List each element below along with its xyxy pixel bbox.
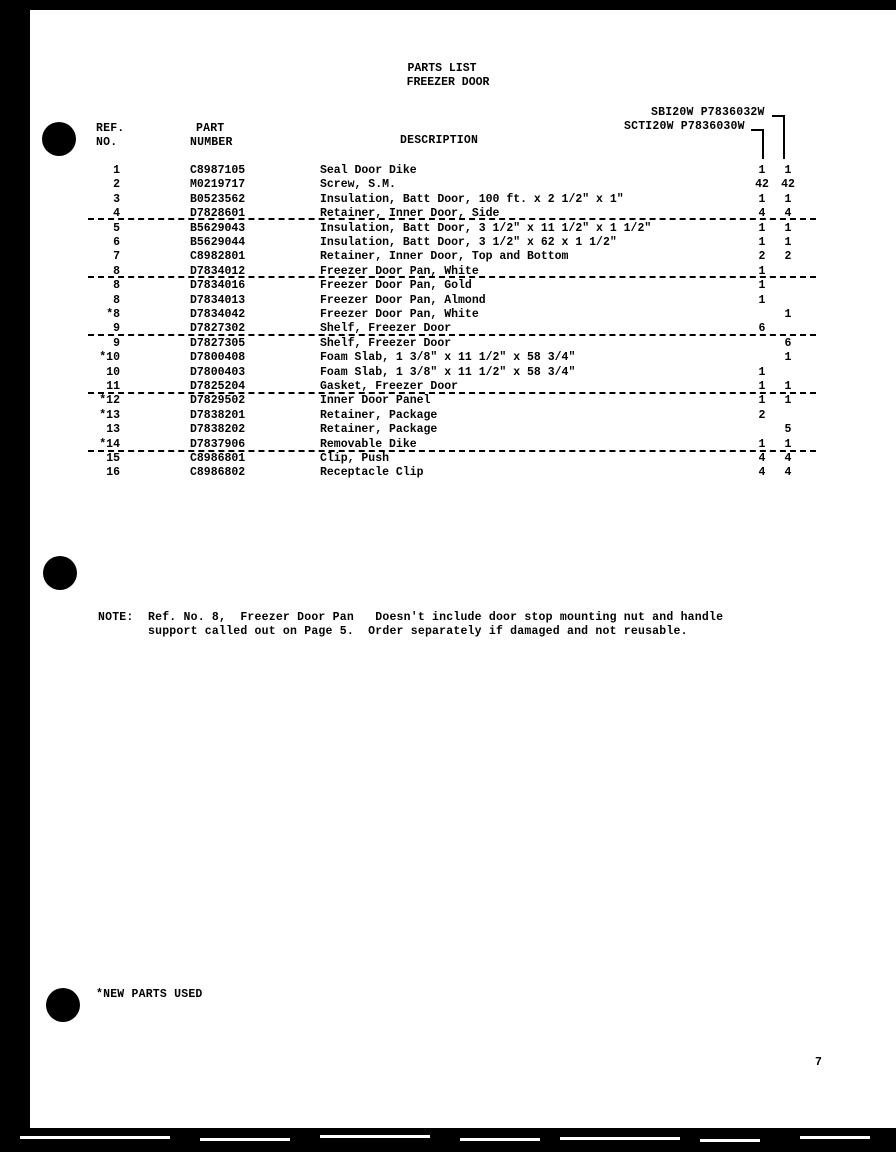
- table-row: 9 D7827305 Shelf, Freezer Door 6: [0, 337, 896, 351]
- group-divider: [88, 450, 816, 452]
- part-number: D7800408: [190, 351, 245, 365]
- description: Screw, S.M.: [320, 178, 396, 192]
- scan-bottom-border: [0, 1128, 896, 1152]
- part-number: D7838201: [190, 409, 245, 423]
- table-row: 16 C8986802 Receptacle Clip 4 4: [0, 466, 896, 480]
- ref-no: 10: [86, 366, 120, 380]
- description: Insulation, Batt Door, 3 1/2" x 11 1/2" …: [320, 222, 651, 236]
- ref-no: 3: [86, 193, 120, 207]
- description: Insulation, Batt Door, 100 ft. x 2 1/2" …: [320, 193, 624, 207]
- header-ref-line2: NO.: [96, 136, 117, 150]
- qty-sbi20w: 4: [778, 452, 798, 466]
- part-number: D7834016: [190, 279, 245, 293]
- part-number: B5629043: [190, 222, 245, 236]
- qty-scti20w: 2: [752, 250, 772, 264]
- table-row: 15 C8986801 Clip, Push 4 4: [0, 452, 896, 466]
- ref-no: 15: [86, 452, 120, 466]
- group-divider: [88, 218, 816, 220]
- model-label-top: SBI20W P7836032W: [651, 106, 765, 120]
- qty-scti20w: 42: [752, 178, 772, 192]
- part-number: D7827305: [190, 337, 245, 351]
- qty-sbi20w: 1: [778, 164, 798, 178]
- model-label-bottom: SCTI20W P7836030W: [624, 120, 745, 134]
- table-row: 10 D7800403 Foam Slab, 1 3/8" x 11 1/2" …: [0, 366, 896, 380]
- qty-sbi20w: 4: [778, 466, 798, 480]
- part-number: D7829502: [190, 394, 245, 408]
- group-divider: [88, 276, 816, 278]
- ref-no: 1: [86, 164, 120, 178]
- note-label: NOTE:: [98, 611, 134, 625]
- group-divider: [88, 392, 816, 394]
- qty-scti20w: 1: [752, 279, 772, 293]
- qty-sbi20w: 42: [778, 178, 798, 192]
- description: Receptacle Clip: [320, 466, 424, 480]
- qty-scti20w: 1: [752, 164, 772, 178]
- document-subtitle: FREEZER DOOR: [0, 76, 896, 90]
- document-title: PARTS LIST: [0, 62, 890, 76]
- qty-scti20w: 1: [752, 222, 772, 236]
- header-part-line2: NUMBER: [190, 136, 233, 150]
- model-top-leader-vertical: [783, 115, 785, 159]
- qty-sbi20w: 6: [778, 337, 798, 351]
- note-line-2: support called out on Page 5. Order sepa…: [148, 625, 688, 639]
- qty-sbi20w: 1: [778, 236, 798, 250]
- description: Inner Door Panel: [320, 394, 430, 408]
- qty-scti20w: 1: [752, 193, 772, 207]
- header-part-line1: PART: [196, 122, 224, 136]
- qty-scti20w: 2: [752, 409, 772, 423]
- part-number: C8986801: [190, 452, 245, 466]
- ref-no: *12: [86, 394, 120, 408]
- ref-no: 6: [86, 236, 120, 250]
- part-number: D7834042: [190, 308, 245, 322]
- qty-scti20w: 1: [752, 394, 772, 408]
- table-row: 8 D7834013 Freezer Door Pan, Almond 1: [0, 294, 896, 308]
- ref-no: 7: [86, 250, 120, 264]
- description: Retainer, Package: [320, 409, 437, 423]
- qty-sbi20w: 5: [778, 423, 798, 437]
- description: Insulation, Batt Door, 3 1/2" x 62 x 1 1…: [320, 236, 617, 250]
- part-number: D7800403: [190, 366, 245, 380]
- ref-no: 13: [86, 423, 120, 437]
- table-row: *8 D7834042 Freezer Door Pan, White 1: [0, 308, 896, 322]
- qty-sbi20w: 1: [778, 351, 798, 365]
- ref-no: 8: [86, 294, 120, 308]
- qty-sbi20w: 1: [778, 222, 798, 236]
- ref-no: *10: [86, 351, 120, 365]
- note-line-1: Ref. No. 8, Freezer Door Pan Doesn't inc…: [148, 611, 723, 625]
- part-number: D7838202: [190, 423, 245, 437]
- table-row: 6 B5629044 Insulation, Batt Door, 3 1/2"…: [0, 236, 896, 250]
- page-number: 7: [815, 1056, 822, 1070]
- description: Freezer Door Pan, Almond: [320, 294, 486, 308]
- ref-no: 2: [86, 178, 120, 192]
- ref-no: *8: [86, 308, 120, 322]
- header-description: DESCRIPTION: [400, 134, 478, 148]
- description: Foam Slab, 1 3/8" x 11 1/2" x 58 3/4": [320, 351, 575, 365]
- qty-scti20w: 1: [752, 236, 772, 250]
- part-number: D7834013: [190, 294, 245, 308]
- table-row: 2 M0219717 Screw, S.M. 42 42: [0, 178, 896, 192]
- ref-no: 8: [86, 279, 120, 293]
- table-row: *13 D7838201 Retainer, Package 2: [0, 409, 896, 423]
- qty-scti20w: 4: [752, 466, 772, 480]
- part-number: C8982801: [190, 250, 245, 264]
- table-row: 7 C8982801 Retainer, Inner Door, Top and…: [0, 250, 896, 264]
- description: Foam Slab, 1 3/8" x 11 1/2" x 58 3/4": [320, 366, 575, 380]
- part-number: M0219717: [190, 178, 245, 192]
- table-row: *10 D7800408 Foam Slab, 1 3/8" x 11 1/2"…: [0, 351, 896, 365]
- ref-no: 16: [86, 466, 120, 480]
- qty-sbi20w: 1: [778, 308, 798, 322]
- ref-no: 5: [86, 222, 120, 236]
- description: Retainer, Package: [320, 423, 437, 437]
- punch-hole-top: [42, 122, 76, 156]
- table-row: 1 C8987105 Seal Door Dike 1 1: [0, 164, 896, 178]
- description: Shelf, Freezer Door: [320, 337, 451, 351]
- ref-no: *13: [86, 409, 120, 423]
- description: Freezer Door Pan, White: [320, 308, 479, 322]
- description: Retainer, Inner Door, Top and Bottom: [320, 250, 568, 264]
- table-row: 8 D7834016 Freezer Door Pan, Gold 1: [0, 279, 896, 293]
- qty-sbi20w: 1: [778, 394, 798, 408]
- qty-sbi20w: 2: [778, 250, 798, 264]
- part-number: B0523562: [190, 193, 245, 207]
- table-row: 3 B0523562 Insulation, Batt Door, 100 ft…: [0, 193, 896, 207]
- part-number: C8986802: [190, 466, 245, 480]
- punch-hole-bottom: [46, 988, 80, 1022]
- table-row: 5 B5629043 Insulation, Batt Door, 3 1/2"…: [0, 222, 896, 236]
- description: Clip, Push: [320, 452, 389, 466]
- qty-scti20w: 4: [752, 452, 772, 466]
- ref-no: 9: [86, 337, 120, 351]
- header-ref-line1: REF.: [96, 122, 124, 136]
- part-number: C8987105: [190, 164, 245, 178]
- description: Freezer Door Pan, Gold: [320, 279, 472, 293]
- punch-hole-middle: [43, 556, 77, 590]
- part-number: B5629044: [190, 236, 245, 250]
- description: Seal Door Dike: [320, 164, 417, 178]
- qty-scti20w: 1: [752, 294, 772, 308]
- table-row: *12 D7829502 Inner Door Panel 1 1: [0, 394, 896, 408]
- qty-scti20w: 1: [752, 366, 772, 380]
- new-parts-footnote: *NEW PARTS USED: [96, 988, 203, 1002]
- group-divider: [88, 334, 816, 336]
- model-bottom-leader-vertical: [762, 129, 764, 159]
- table-row: 13 D7838202 Retainer, Package 5: [0, 423, 896, 437]
- qty-sbi20w: 1: [778, 193, 798, 207]
